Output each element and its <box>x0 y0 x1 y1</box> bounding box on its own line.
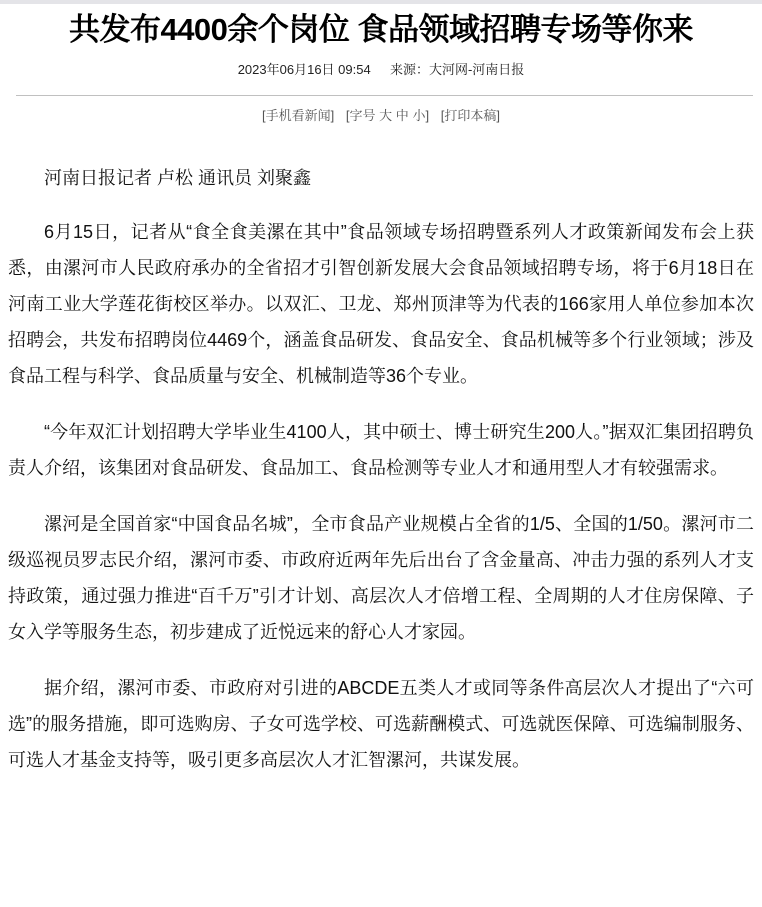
article-body: 河南日报记者 卢松 通讯员 刘聚鑫 6月15日，记者从“食全食美漯在其中”食品领… <box>8 160 754 798</box>
font-size-suffix: ] <box>425 108 429 123</box>
article-title: 共发布4400余个岗位 食品领域招聘专场等你来 <box>0 8 762 52</box>
article-paragraph: 6月15日，记者从“食全食美漯在其中”食品领域专场招聘暨系列人才政策新闻发布会上… <box>8 214 754 394</box>
article-byline: 河南日报记者 卢松 通讯员 刘聚鑫 <box>8 160 754 196</box>
print-link[interactable]: [打印本稿] <box>441 106 500 126</box>
source-label: 来源： <box>390 60 429 80</box>
header-divider <box>16 95 753 96</box>
mobile-news-link[interactable]: [手机看新闻] <box>262 106 334 126</box>
top-strip <box>0 0 762 4</box>
source-name: 大河网-河南日报 <box>429 60 524 80</box>
font-size-control: [字号 大 中 小] <box>346 106 429 126</box>
article-meta: 2023年06月16日 09:54 来源：大河网-河南日报 <box>0 60 762 80</box>
font-size-medium-button[interactable]: 中 <box>396 108 409 123</box>
article-paragraph: “今年双汇计划招聘大学毕业生4100人，其中硕士、博士研究生200人。”据双汇集… <box>8 414 754 486</box>
font-size-large-button[interactable]: 大 <box>379 108 392 123</box>
article-paragraph: 漯河是全国首家“中国食品名城”，全市食品产业规模占全省的1/5、全国的1/50。… <box>8 506 754 650</box>
font-size-prefix: [字号 <box>346 108 376 123</box>
article-paragraph: 据介绍，漯河市委、市政府对引进的ABCDE五类人才或同等条件高层次人才提出了“六… <box>8 670 754 778</box>
article-tools: [手机看新闻] [字号 大 中 小] [打印本稿] <box>0 106 762 126</box>
font-size-small-button[interactable]: 小 <box>412 108 425 123</box>
publish-date: 2023年06月16日 09:54 <box>238 60 371 80</box>
